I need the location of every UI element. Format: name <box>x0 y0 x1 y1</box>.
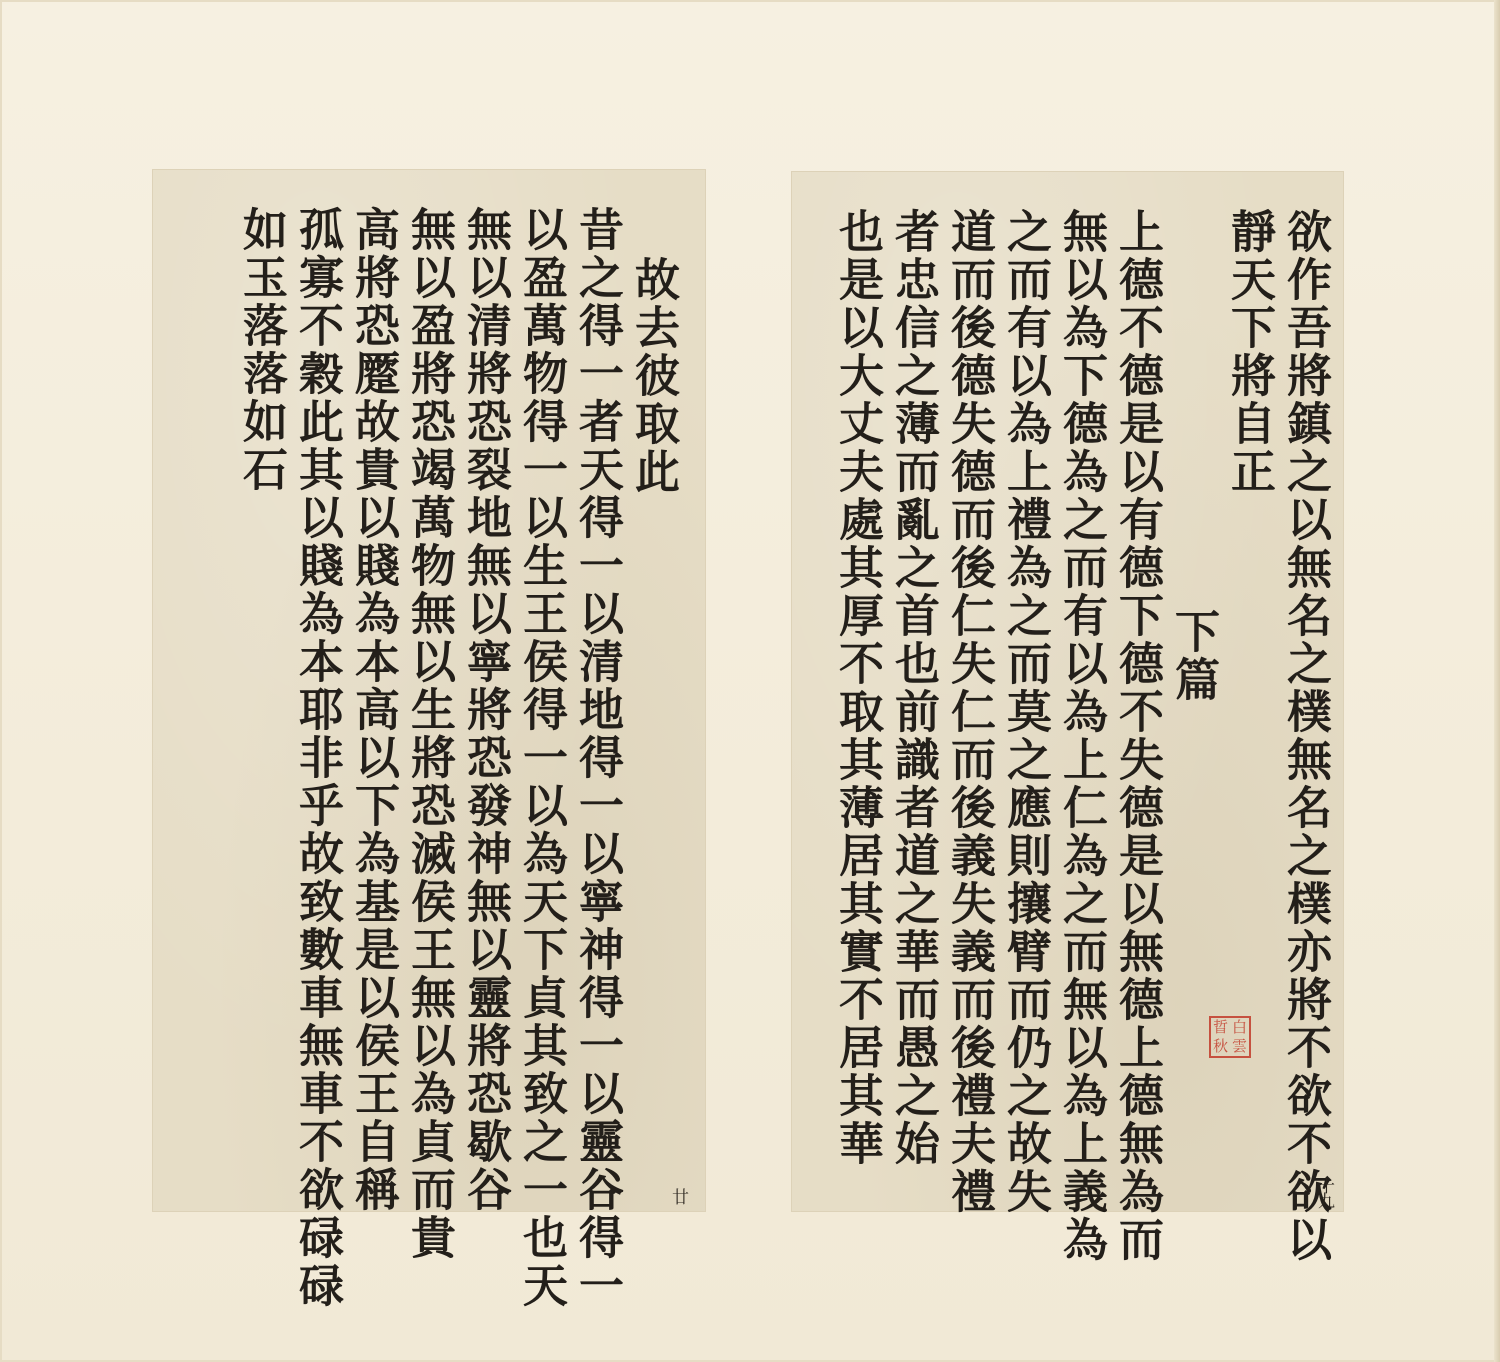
text-column: 無以為下德為之而有以為上仁為之而無以為上義為 <box>1053 208 1109 1264</box>
text-column: 道而後德失德而後仁失仁而後義失義而後禮夫禮 <box>941 208 997 1216</box>
text-column: 以盈萬物得一以生王侯得一以為天下貞其致之一也天 <box>513 206 569 1310</box>
left-calligraphy-leaf: 故去彼取此 昔之得一者天得一以清地得一以寧神得一以靈谷得一 以盈萬物得一以生王侯… <box>153 170 705 1211</box>
page-number: 廿 <box>666 1188 691 1203</box>
seal-character: 雲 <box>1230 1037 1249 1056</box>
text-column: 也是以大丈夫處其厚不取其薄居其實不居其華 <box>829 208 885 1168</box>
right-leaf-text-columns: 欲作吾將鎮之以無名之樸無名之樸亦將不欲不欲以 靜天下將自正 下篇 上德不德是以有… <box>829 208 1333 1247</box>
text-column: 無以盈將恐竭萬物無以生將恐滅侯王無以為貞而貴 <box>401 206 457 1262</box>
page-number: 十九 <box>1312 1177 1337 1207</box>
seal-character: 白 <box>1230 1018 1249 1037</box>
text-column: 靜天下將自正 <box>1221 208 1277 496</box>
board-edge <box>1494 0 1500 1362</box>
text-column: 孤寡不穀此其以賤為本耶非乎故致數車無車不欲碌碌 <box>289 206 345 1310</box>
text-column: 上德不德是以有德下德不失德是以無德上德無為而 <box>1109 208 1165 1264</box>
seal-character: 晢 <box>1211 1018 1230 1037</box>
text-column: 之而有以為上禮為之而莫之應則攘臂而仍之故失 <box>997 208 1053 1216</box>
text-column: 無以清將恐裂地無以寧將恐發神無以靈將恐歇谷 <box>457 206 513 1214</box>
text-column: 如玉落落如石 <box>233 206 289 494</box>
text-column: 故去彼取此 <box>625 206 681 496</box>
red-seal-stamp: 晢 白 秋 雲 <box>1209 1016 1251 1058</box>
right-calligraphy-leaf: 欲作吾將鎮之以無名之樸無名之樸亦將不欲不欲以 靜天下將自正 下篇 上德不德是以有… <box>792 172 1343 1211</box>
left-leaf-text-columns: 故去彼取此 昔之得一者天得一以清地得一以寧神得一以靈谷得一 以盈萬物得一以生王侯… <box>233 206 681 1247</box>
section-heading: 下篇 <box>1165 208 1221 704</box>
text-column: 高將恐蹷故貴以賤為本高以下為基是以侯王自稱 <box>345 206 401 1214</box>
album-mount-board: 故去彼取此 昔之得一者天得一以清地得一以寧神得一以靈谷得一 以盈萬物得一以生王侯… <box>0 0 1500 1362</box>
text-column: 者忠信之薄而亂之首也前識者道之華而愚之始 <box>885 208 941 1168</box>
text-column: 欲作吾將鎮之以無名之樸無名之樸亦將不欲不欲以 <box>1277 208 1333 1264</box>
text-column: 昔之得一者天得一以清地得一以寧神得一以靈谷得一 <box>569 206 625 1310</box>
seal-character: 秋 <box>1211 1037 1230 1056</box>
